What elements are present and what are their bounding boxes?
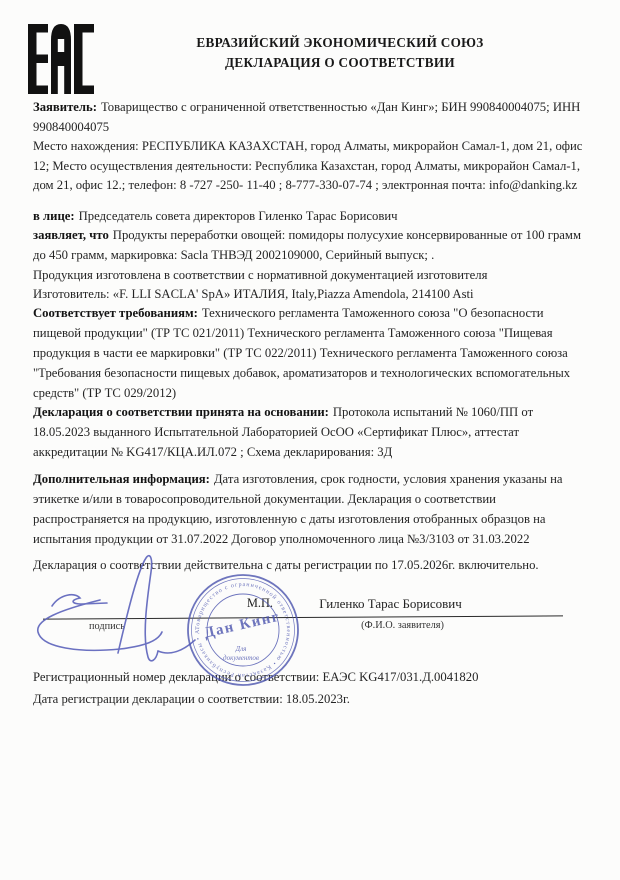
compliance-label: Соответствует требованиям: (33, 306, 198, 320)
production-note: Продукция изготовлена в соответствии с н… (33, 265, 592, 285)
signature-line (43, 615, 563, 619)
declaration-document: ЕВРАЗИЙСКИЙ ЭКОНОМИЧЕСКИЙ СОЮЗ ДЕКЛАРАЦИ… (0, 0, 620, 880)
additional-info-label: Дополнительная информация: (33, 472, 210, 486)
additional-info-paragraph: Дополнительная информация:Дата изготовле… (33, 469, 592, 549)
representative-label: в лице: (33, 209, 75, 223)
basis-paragraph: Декларация о соответствии принята на осн… (33, 402, 592, 462)
stamp-place-mark: М.П. (247, 596, 273, 611)
union-title: ЕВРАЗИЙСКИЙ ЭКОНОМИЧЕСКИЙ СОЮЗ (115, 33, 565, 53)
compliance-text: Технического регламента Таможенного союз… (33, 306, 570, 400)
registration-date-line: Дата регистрации декларации о соответств… (33, 689, 592, 709)
applicant-name: Гиленко Тарас Борисович (288, 596, 493, 612)
applicant-text: Товарищество с ограниченной ответственно… (33, 100, 580, 134)
stamp-company-name: Дан Кинг (203, 609, 282, 642)
registration-number-line: Регистрационный номер декларации о соотв… (33, 667, 592, 687)
document-header: ЕВРАЗИЙСКИЙ ЭКОНОМИЧЕСКИЙ СОЮЗ ДЕКЛАРАЦИ… (115, 33, 565, 73)
signature-caption: подпись (72, 621, 142, 632)
compliance-paragraph: Соответствует требованиям:Технического р… (33, 303, 592, 403)
representative-paragraph: в лице:Председатель совета директоров Ги… (33, 206, 592, 226)
stamp-purpose-line2: документов (223, 654, 259, 662)
applicant-name-caption: (Ф.И.О. заявителя) (300, 620, 505, 631)
manufacturer-line: Изготовитель: «F. LLI SACLA' SpA» ИТАЛИЯ… (33, 284, 592, 304)
validity-line: Декларация о соответствии действительна … (33, 555, 592, 575)
svg-text:Товарищество с ограниченной от: Товарищество с ограниченной ответственно… (183, 572, 291, 678)
applicant-label: Заявитель: (33, 100, 97, 114)
declared-product-text: Продукты переработки овощей: помидоры по… (33, 228, 581, 262)
representative-text: Председатель совета директоров Гиленко Т… (79, 209, 398, 223)
declares-label: заявляет, что (33, 228, 109, 242)
basis-label: Декларация о соответствии принята на осн… (33, 405, 329, 419)
applicant-address: Место нахождения: РЕСПУБЛИКА КАЗАХСТАН, … (33, 137, 592, 196)
stamp-purpose-line1: Для (235, 645, 247, 653)
declared-product-paragraph: заявляет, чтоПродукты переработки овощей… (33, 226, 592, 265)
document-title: ДЕКЛАРАЦИЯ О СООТВЕТСТВИИ (115, 53, 565, 73)
applicant-paragraph: Заявитель:Товарищество с ограниченной от… (33, 97, 592, 137)
stamp-ring-text: Товарищество с ограниченной ответственно… (183, 572, 291, 678)
eac-logo-icon (28, 24, 94, 94)
